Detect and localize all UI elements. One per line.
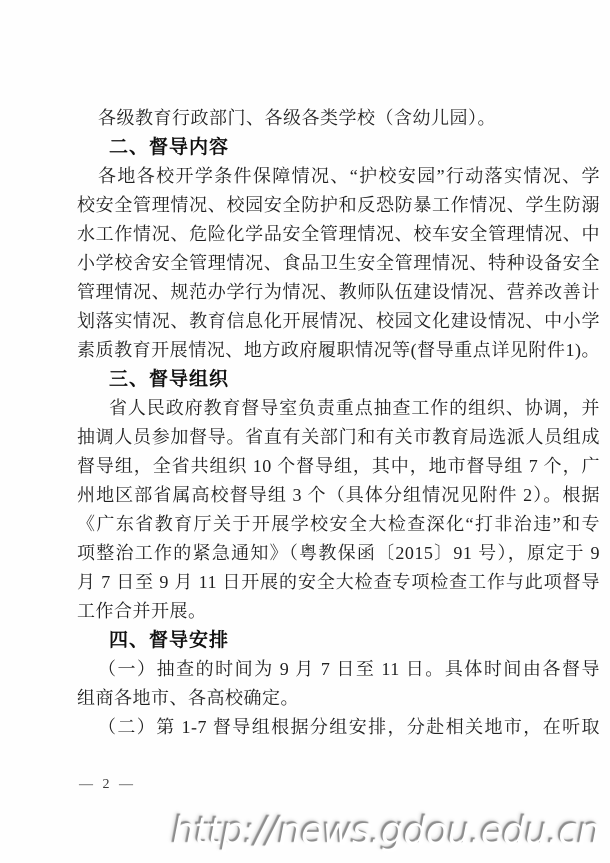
text-line: （二）第 1-7 督导组根据分组安排，分赴相关地市，在听取 (77, 713, 600, 742)
text-line: 划落实情况、教育信息化开展情况、校园文化建设情况、中小学 (77, 307, 600, 336)
text-line: 校安全管理情况、校园安全防护和反恐防暴工作情况、学生防溺 (77, 191, 600, 220)
document-body: 各级教育行政部门、各级各类学校（含幼儿园）。二、督导内容各地各校开学条件保障情况… (77, 104, 600, 742)
section-heading: 三、督导组织 (77, 365, 600, 394)
page-number: — 2 — (79, 777, 136, 793)
text-line: 各级教育行政部门、各级各类学校（含幼儿园）。 (77, 104, 600, 133)
text-line: 小学校舍安全管理情况、食品卫生安全管理情况、特种设备安全 (77, 249, 600, 278)
watermark-url: http://news.gdou.edu.cn (172, 810, 600, 853)
section-heading: 二、督导内容 (77, 133, 600, 162)
text-line: （一）抽查的时间为 9 月 7 日至 11 日。具体时间由各督导 (77, 655, 600, 684)
text-line: 水工作情况、危险化学品安全管理情况、校车安全管理情况、中 (77, 220, 600, 249)
text-line: 抽调人员参加督导。省直有关部门和有关市教育局选派人员组成 (77, 423, 600, 452)
text-line: 项整治工作的紧急通知》（粤教保函〔2015〕91 号），原定于 9 (77, 539, 600, 568)
text-line: 管理情况、规范办学行为情况、教师队伍建设情况、营养改善计 (77, 278, 600, 307)
text-line: 督导组，全省共组织 10 个督导组，其中，地市督导组 7 个，广 (77, 452, 600, 481)
text-line: 工作合并开展。 (77, 597, 600, 626)
text-line: 各地各校开学条件保障情况、“护校安园”行动落实情况、学 (77, 162, 600, 191)
text-line: 组商各地市、各高校确定。 (77, 684, 600, 713)
text-line: 州地区部省属高校督导组 3 个（具体分组情况见附件 2）。根据 (77, 481, 600, 510)
text-line: 素质教育开展情况、地方政府履职情况等(督导重点详见附件1)。 (77, 336, 600, 365)
section-heading: 四、督导安排 (77, 626, 600, 655)
text-line: 《广东省教育厅关于开展学校安全大检查深化“打非治违”和专 (77, 510, 600, 539)
text-line: 月 7 日至 9 月 11 日开展的安全大检查专项检查工作与此项督导 (77, 568, 600, 597)
text-line: 省人民政府教育督导室负责重点抽查工作的组织、协调，并 (77, 394, 600, 423)
document-page: 各级教育行政部门、各级各类学校（含幼儿园）。二、督导内容各地各校开学条件保障情况… (0, 0, 610, 863)
